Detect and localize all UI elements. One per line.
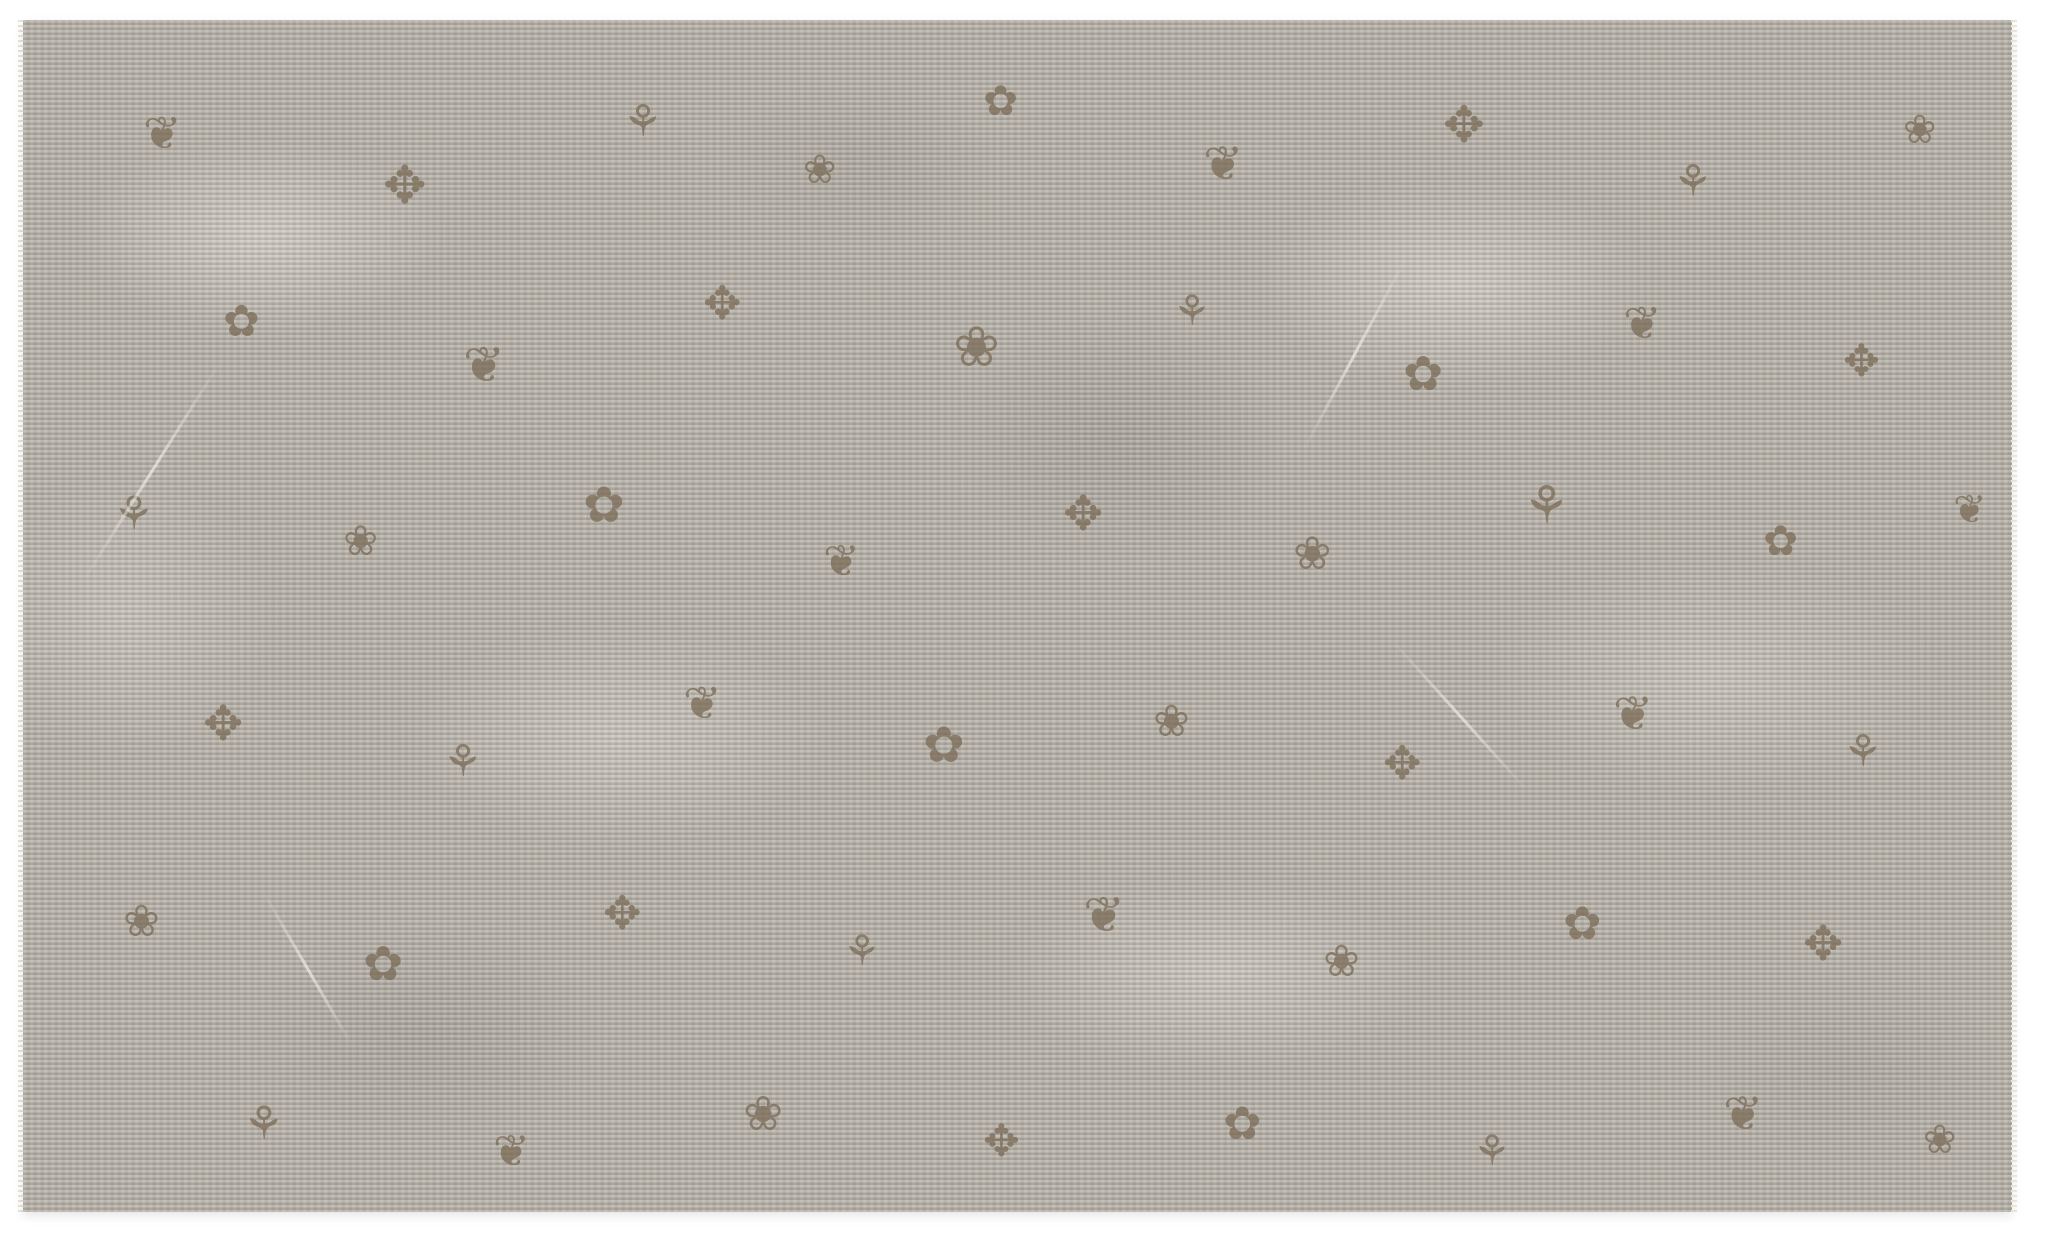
rug: ❦✥⚘❀✿❦✥⚘❀✿❦✥❀⚘✿❦✥⚘❀✿❦✥❀⚘✿❦✥⚘❦✿❀✥❦⚘❀✿✥⚘❦❀…: [23, 20, 2012, 1212]
rug-fringe-right: [2011, 20, 2017, 1212]
rug-weave-texture: [23, 20, 2012, 1212]
photo-scene: ❦✥⚘❀✿❦✥⚘❀✿❦✥❀⚘✿❦✥⚘❀✿❦✥❀⚘✿❦✥⚘❦✿❀✥❦⚘❀✿✥⚘❦❀…: [0, 0, 2048, 1242]
